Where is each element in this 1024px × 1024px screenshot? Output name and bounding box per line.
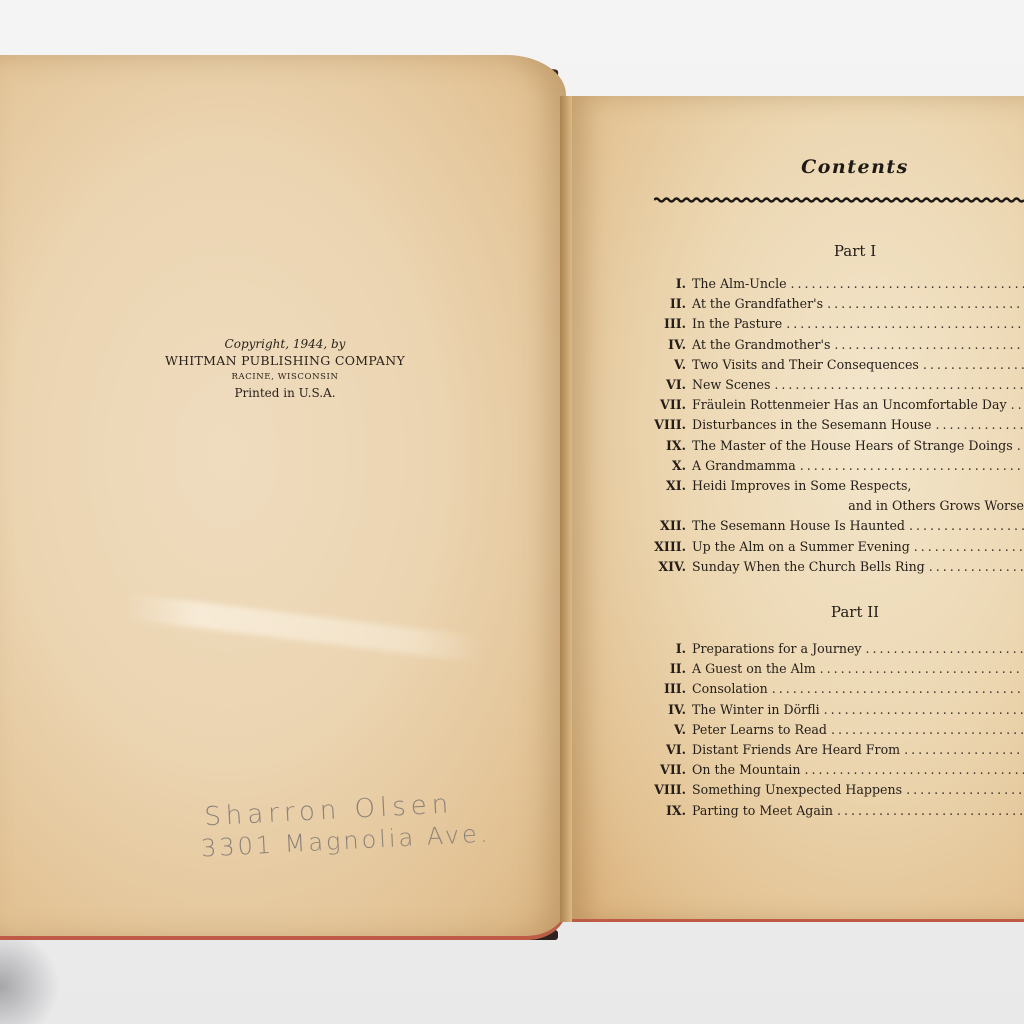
dot-leader: ........................................… [914, 537, 1024, 557]
chapter-title: At the Grandmother's [692, 335, 830, 355]
dot-leader: ........................................… [929, 557, 1024, 577]
dot-leader: ........................................… [774, 375, 1024, 395]
chapter-number: X. [636, 456, 692, 476]
chapter-title: The Sesemann House Is Haunted [692, 516, 905, 536]
chapter-number: IV. [636, 700, 692, 720]
chapter-number: III. [636, 679, 692, 699]
chapter-title: Two Visits and Their Consequences [692, 355, 919, 375]
toc-entry: V.Peter Learns to Read..................… [636, 720, 1024, 740]
toc-entry: I.The Alm-Uncle.........................… [636, 274, 1024, 294]
publisher-location: RACINE, WISCONSIN [150, 370, 420, 384]
chapter-number: IX. [636, 801, 692, 821]
shadow [0, 930, 60, 1024]
chapter-title: In the Pasture [692, 314, 782, 334]
chapter-number: II. [636, 294, 692, 314]
dot-leader: ........................................… [804, 760, 1024, 780]
chapter-title: The Master of the House Hears of Strange… [692, 436, 1013, 456]
dot-leader: ........................................… [866, 639, 1024, 659]
chapter-number: II. [636, 659, 692, 679]
part-1-heading: Part I [780, 242, 930, 260]
toc-entry: V.Two Visits and Their Consequences.....… [636, 355, 1024, 375]
chapter-number: VI. [636, 740, 692, 760]
dot-leader: ........................................… [904, 740, 1024, 760]
dot-leader: ........................................… [772, 679, 1024, 699]
dot-leader: ........................................… [820, 659, 1024, 679]
toc-entry: III.In the Pasture......................… [636, 314, 1024, 334]
toc-entry: VIII.Something Unexpected Happens.......… [636, 780, 1024, 800]
chapter-title: The Alm-Uncle [692, 274, 787, 294]
toc-entry: IX.Parting to Meet Again................… [636, 801, 1024, 821]
toc-entry: VII.On the Mountain.....................… [636, 760, 1024, 780]
chapter-title: Consolation [692, 679, 768, 699]
dot-leader: ........................................… [834, 335, 1024, 355]
chapter-title: Preparations for a Journey [692, 639, 862, 659]
toc-entry: XI.Heidi Improves in Some Respects,and i… [636, 476, 1024, 516]
chapter-title: A Grandmamma [692, 456, 796, 476]
dot-leader: ........................................… [827, 294, 1024, 314]
paper-scuff [125, 593, 485, 663]
dot-leader: ........................................… [909, 516, 1024, 536]
book-gutter [560, 96, 572, 922]
chapter-number: VIII. [636, 415, 692, 435]
toc-entry: X.A Grandmamma..........................… [636, 456, 1024, 476]
chapter-title: At the Grandfather's [692, 294, 823, 314]
toc-entry: XII.The Sesemann House Is Haunted.......… [636, 516, 1024, 536]
part-2-heading: Part II [780, 603, 930, 621]
toc-entry: IV.At the Grandmother's.................… [636, 335, 1024, 355]
dot-leader: ........................................… [824, 700, 1024, 720]
dot-leader: ........................................… [791, 274, 1024, 294]
chapter-title-continued: and in Others Grows Worse [848, 498, 1024, 513]
chapter-title: Sunday When the Church Bells Ring [692, 557, 925, 577]
chapter-title: Disturbances in the Sesemann House [692, 415, 931, 435]
toc-entry: XIII.Up the Alm on a Summer Evening.....… [636, 537, 1024, 557]
dot-leader: ........................................… [923, 355, 1024, 375]
chapter-title: On the Mountain [692, 760, 800, 780]
chapter-number: IX. [636, 436, 692, 456]
toc-entry: VI.Distant Friends Are Heard From.......… [636, 740, 1024, 760]
chapter-number: VI. [636, 375, 692, 395]
toc-entry: VII.Fräulein Rottenmeier Has an Uncomfor… [636, 395, 1024, 415]
chapter-number: XI. [636, 476, 692, 496]
part-1-chapter-list: I.The Alm-Uncle.........................… [636, 274, 1024, 577]
toc-entry: II.At the Grandfather's.................… [636, 294, 1024, 314]
chapter-number: I. [636, 274, 692, 294]
chapter-title: Parting to Meet Again [692, 801, 833, 821]
part-2-chapter-list: I.Preparations for a Journey............… [636, 639, 1024, 821]
chapter-number: V. [636, 355, 692, 375]
dot-leader: ........................................… [935, 415, 1024, 435]
chapter-title: New Scenes [692, 375, 770, 395]
decorative-wavy-rule [654, 196, 1024, 204]
dot-leader: ........................................… [800, 456, 1024, 476]
toc-entry: II.A Guest on the Alm...................… [636, 659, 1024, 679]
chapter-number: V. [636, 720, 692, 740]
chapter-number: I. [636, 639, 692, 659]
chapter-title: Fräulein Rottenmeier Has an Uncomfortabl… [692, 395, 1007, 415]
publisher-name: WHITMAN PUBLISHING COMPANY [150, 352, 420, 370]
chapter-number: VII. [636, 760, 692, 780]
toc-entry: IX.The Master of the House Hears of Stra… [636, 436, 1024, 456]
chapter-title: Something Unexpected Happens [692, 780, 902, 800]
copyright-block: Copyright, 1944, by WHITMAN PUBLISHING C… [150, 336, 420, 402]
chapter-title: Heidi Improves in Some Respects, [692, 476, 911, 496]
photo-scene: Copyright, 1944, by WHITMAN PUBLISHING C… [0, 0, 1024, 1024]
chapter-title: The Winter in Dörfli [692, 700, 820, 720]
toc-entry: I.Preparations for a Journey............… [636, 639, 1024, 659]
chapter-title: Peter Learns to Read [692, 720, 827, 740]
toc-entry: VI.New Scenes...........................… [636, 375, 1024, 395]
chapter-number: III. [636, 314, 692, 334]
copyright-line: Copyright, 1944, by [150, 336, 420, 352]
toc-entry: VIII.Disturbances in the Sesemann House.… [636, 415, 1024, 435]
chapter-number: IV. [636, 335, 692, 355]
printed-in: Printed in U.S.A. [150, 384, 420, 402]
chapter-title: Distant Friends Are Heard From [692, 740, 900, 760]
dot-leader: ........................................… [831, 720, 1024, 740]
chapter-number: XIII. [636, 537, 692, 557]
toc-entry: IV.The Winter in Dörfli.................… [636, 700, 1024, 720]
chapter-number: XIV. [636, 557, 692, 577]
dot-leader: ........................................… [1017, 436, 1024, 456]
chapter-number: VII. [636, 395, 692, 415]
dot-leader: ........................................… [786, 314, 1024, 334]
dot-leader: ........................................… [1011, 395, 1024, 415]
contents-title: Contents [770, 156, 940, 178]
toc-entry: XIV.Sunday When the Church Bells Ring...… [636, 557, 1024, 577]
dot-leader: ........................................… [906, 780, 1024, 800]
chapter-title: Up the Alm on a Summer Evening [692, 537, 910, 557]
chapter-title: A Guest on the Alm [692, 659, 816, 679]
toc-entry: III.Consolation.........................… [636, 679, 1024, 699]
chapter-number: VIII. [636, 780, 692, 800]
dot-leader: ........................................… [837, 801, 1024, 821]
chapter-number: XII. [636, 516, 692, 536]
